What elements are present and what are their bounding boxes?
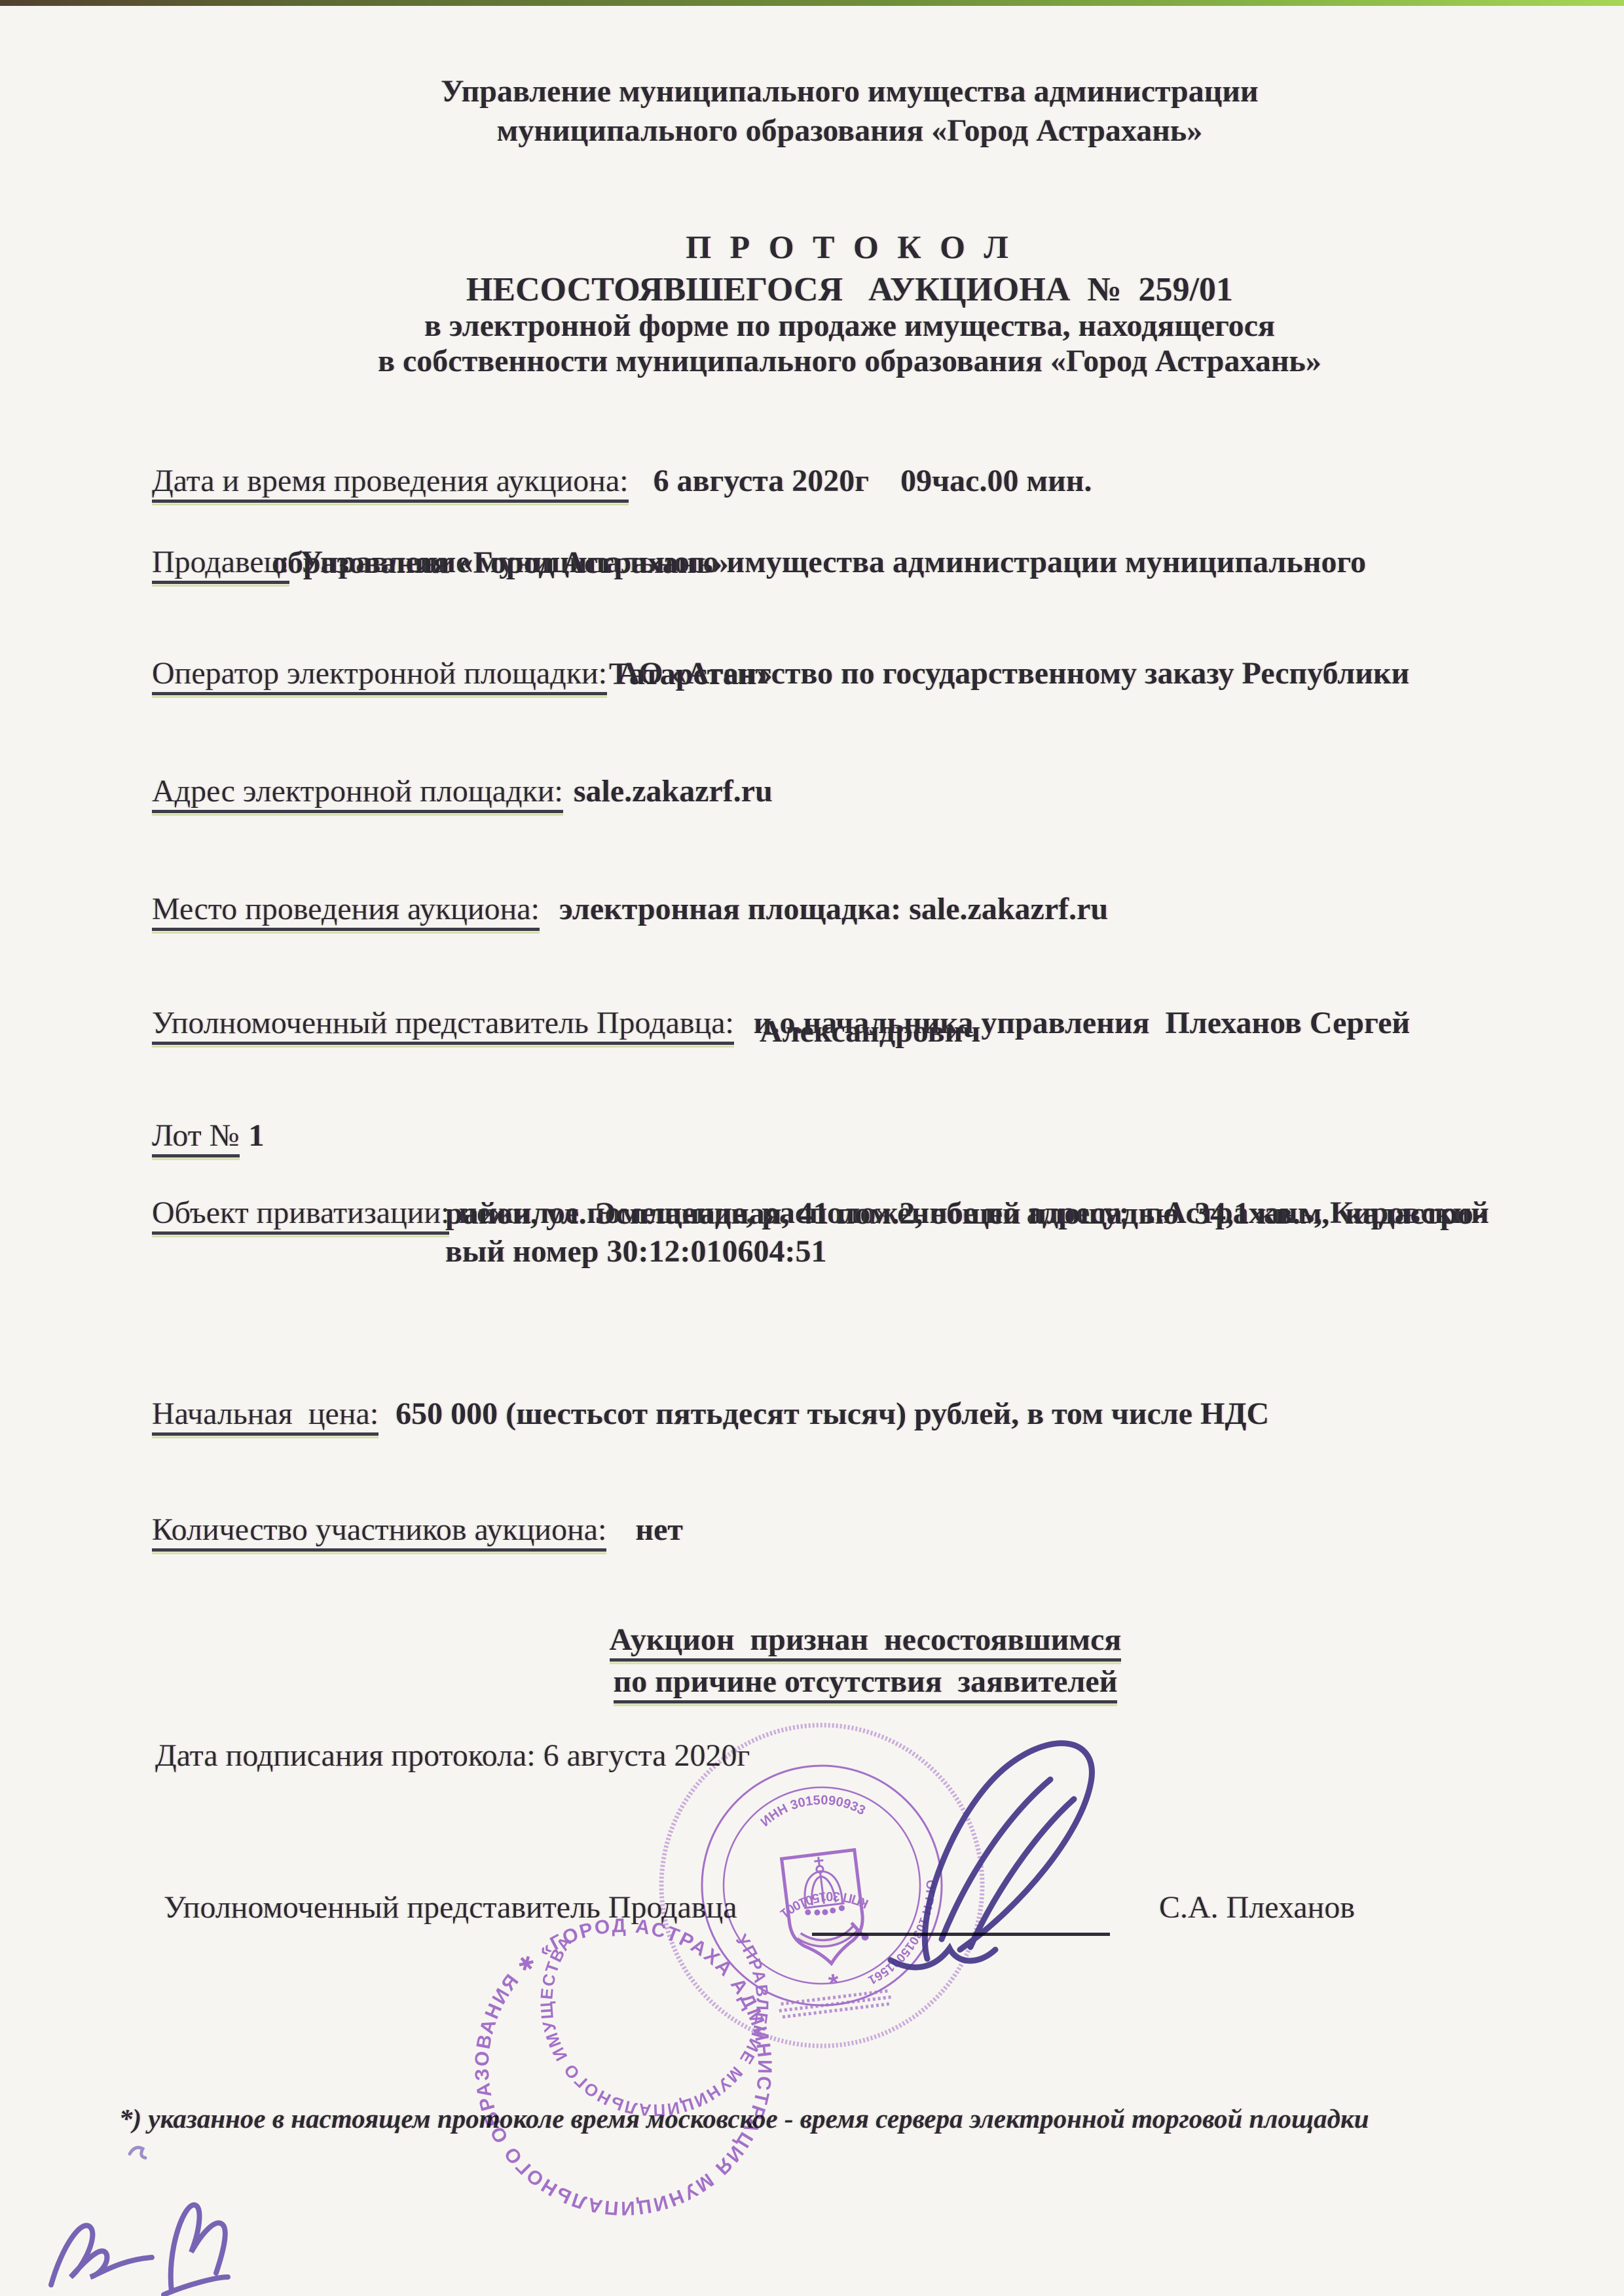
auction-datetime-label: Дата и время проведения аукциона:	[152, 464, 629, 503]
lot-value: 1	[249, 1118, 265, 1153]
stamp-middle-ring	[688, 1752, 955, 2019]
org-name-line-2: муниципального образования «Город Астрах…	[72, 113, 1624, 150]
signature-line	[812, 1897, 1110, 1936]
doc-subtitle-line-1: в электронной форме по продаже имущества…	[72, 308, 1624, 345]
signing-date-line: Дата подписания протокола: 6 августа 202…	[155, 1738, 750, 1775]
result-statement-line-2: по причине отсутствия заявителей	[72, 1626, 1624, 1738]
stamp-dotted-strip	[779, 1990, 895, 2017]
object-value-line-2: район, ул. Эспланадная, 41 пом.2, общей …	[445, 1195, 1484, 1233]
scan-edge-artifact	[0, 0, 1624, 6]
object-label: Объект приватизации:	[152, 1195, 449, 1235]
representative-value-line-2: Александрович	[760, 1013, 980, 1051]
org-name-line-1: Управление муниципального имущества адми…	[72, 73, 1624, 111]
doc-subtitle-line-2: в собственности муниципального образован…	[72, 343, 1624, 380]
lot-label: Лот №	[152, 1118, 240, 1157]
field-platform-address: Адрес электронной площадки:sale.zakazrf.…	[120, 736, 773, 847]
svg-text:УПРАВЛЕНИЕ МУНИЦИПАЛЬНОГО ИМУЩ: УПРАВЛЕНИЕ МУНИЦИПАЛЬНОГО ИМУЩЕСТВА	[527, 1907, 786, 2134]
start-price-label: Начальная цена:	[152, 1396, 378, 1436]
footnote: *) указанное в настоящем протоколе время…	[119, 2103, 1369, 2134]
signer-label: Уполномоченный представитель Продавца	[164, 1889, 737, 1927]
auction-datetime-value: 6 августа 2020г 09час.00 мин.	[654, 464, 1092, 498]
participants-label: Количество участников аукциона:	[152, 1512, 606, 1552]
participants-value: нет	[635, 1512, 683, 1547]
representative-label: Уполномоченный представитель Продавца:	[152, 1006, 734, 1045]
seller-label: Продавец:	[152, 545, 289, 584]
venue-label: Место проведения аукциона:	[152, 892, 540, 931]
doc-title-number: НЕСОСТОЯВШЕГОСЯ АУКЦИОНА № 259/01	[72, 270, 1624, 310]
signer-name: С.А. Плеханов	[1159, 1889, 1355, 1927]
platform-address-label: Адрес электронной площадки:	[152, 774, 563, 813]
bottom-left-pen-scribbles	[51, 2147, 228, 2295]
scanned-protocol-page: Управление муниципального имущества адми…	[0, 0, 1624, 2296]
stamp-star-mark: *	[827, 1969, 841, 1999]
operator-value-line-2: Татарстан»	[609, 656, 773, 693]
field-start-price: Начальная цена:650 000 (шестьсот пятьдес…	[120, 1358, 1269, 1470]
field-venue: Место проведения аукциона:электронная пл…	[120, 854, 1108, 965]
operator-label: Оператор электронной площадки:	[152, 656, 607, 695]
stamp-ring-inner-text: УПРАВЛЕНИЕ МУНИЦИПАЛЬНОГО ИМУЩЕСТВА	[527, 1907, 786, 2134]
doc-title: П Р О Т О К О Л	[72, 228, 1624, 266]
seller-value-line-2: образования «Город Астрахань»	[272, 545, 729, 582]
svg-text:ИНН 3015090933: ИНН 3015090933	[756, 1787, 869, 1831]
field-participants: Количество участников аукциона:нет	[120, 1474, 683, 1586]
venue-value: электронная площадка: sale.zakazrf.ru	[559, 892, 1108, 926]
stamp-inn-text: ИНН 3015090933	[756, 1787, 869, 1831]
stamp-ring-outer-text: АДМИНИСТРАЦИЯ МУНИЦИПАЛЬНОГО ОБРАЗОВАНИЯ…	[429, 1695, 793, 2236]
stamp-inner-ring	[712, 1776, 931, 1995]
platform-address-value: sale.zakazrf.ru	[574, 774, 773, 809]
svg-text:АДМИНИСТРАЦИЯ МУНИЦИПАЛЬНОГО: АДМИНИСТРАЦИЯ МУНИЦИПАЛЬНОГО ОБРАЗОВАНИЯ…	[429, 1695, 793, 2236]
object-value-line-3: вый номер 30:12:010604:51	[445, 1233, 826, 1271]
start-price-value: 650 000 (шестьсот пятьдесят тысяч) рубле…	[396, 1396, 1269, 1431]
